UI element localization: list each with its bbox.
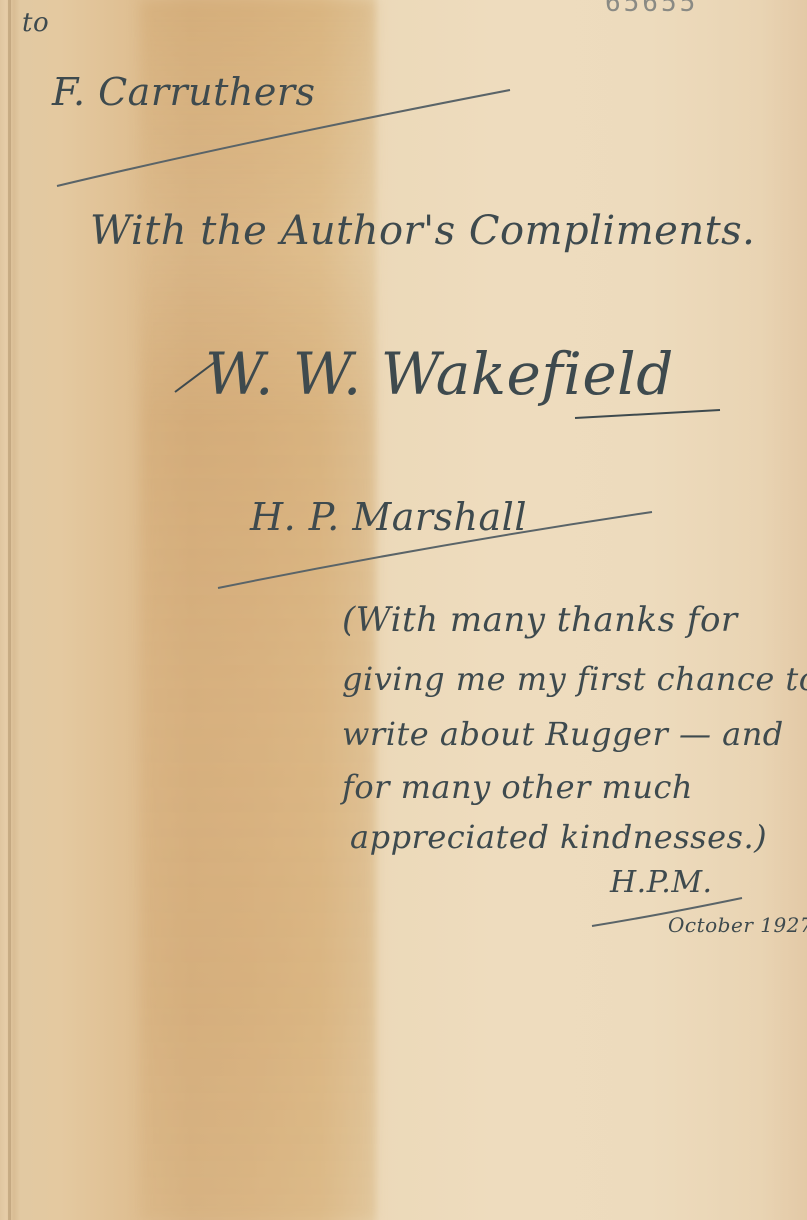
signature-marshall: H. P. Marshall xyxy=(250,495,527,539)
page-fold-edge xyxy=(8,0,11,1220)
note-line: for many other much xyxy=(342,768,693,806)
note-line: write about Rugger — and xyxy=(342,715,784,753)
water-stain xyxy=(140,0,375,1220)
flyleaf-page: 65655 to F. Carruthers With the Author's… xyxy=(0,0,807,1220)
note-line: giving me my first chance to xyxy=(342,660,807,698)
to-label: to xyxy=(22,8,49,38)
catalog-number: 65655 xyxy=(605,0,698,18)
recipient-name: F. Carruthers xyxy=(52,70,316,114)
note-line: appreciated kindnesses.) xyxy=(350,818,767,856)
compliments-line: With the Author's Compliments. xyxy=(90,208,755,254)
note-line: (With many thanks for xyxy=(342,600,738,640)
initials-signature: H.P.M. xyxy=(610,865,713,900)
signature-wakefield: W. W. Wakefield xyxy=(205,340,674,408)
inscription-date: October 1927 xyxy=(668,913,807,937)
initials-underline xyxy=(0,0,807,960)
